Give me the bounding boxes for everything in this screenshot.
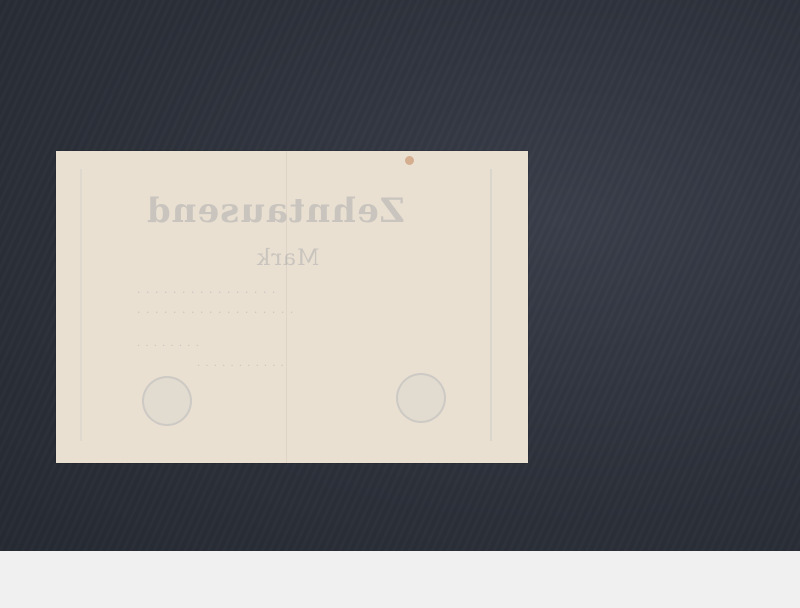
stain-spot bbox=[405, 156, 414, 165]
banknote-reverse: Zehntausend Mark · · · · · · · · · · · ·… bbox=[56, 151, 528, 463]
bleed-through-denomination: Mark bbox=[256, 246, 320, 271]
bleed-through-line: · · · · · · · · · · · bbox=[196, 361, 284, 372]
seal-stamp-right bbox=[396, 373, 446, 423]
bleed-through-heading: Zehntausend bbox=[146, 191, 405, 231]
seal-stamp-left bbox=[142, 376, 192, 426]
bleed-through-line: · · · · · · · · bbox=[136, 341, 199, 352]
bleed-through-line: · · · · · · · · · · · · · · · · bbox=[136, 286, 275, 299]
bleed-through-line: · · · · · · · · · · · · · · · · · · bbox=[136, 306, 293, 319]
scanner-bottom-strip bbox=[0, 551, 800, 608]
